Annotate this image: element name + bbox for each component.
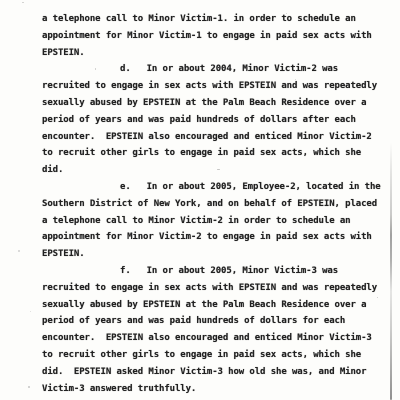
document-line: encounter. EPSTEIN also encouraged and e… xyxy=(42,129,394,146)
document-line: did. EPSTEIN asked Minor Victim-3 how ol… xyxy=(42,364,394,381)
scan-speck xyxy=(30,311,31,312)
document-line: appointment for Minor Victim-1 to engage… xyxy=(42,28,394,45)
document-line: EPSTEIN. xyxy=(42,246,394,263)
scan-speck xyxy=(22,2,24,3)
scan-speck xyxy=(95,68,96,70)
scan-speck xyxy=(325,271,327,272)
document-line: a telephone call to Minor Victim-1. in o… xyxy=(42,11,394,28)
document-line: sexually abused by EPSTEIN at the Palm B… xyxy=(42,297,394,314)
document-line: f. In or about 2005, Minor Victim-3 was xyxy=(42,263,394,280)
document-line: e. In or about 2005, Employee-2, located… xyxy=(42,179,394,196)
document-line: EPSTEIN. xyxy=(42,45,394,62)
scan-speck xyxy=(28,386,30,388)
document-line: a telephone call to Minor Victim-2 in or… xyxy=(42,213,394,230)
document-line: to recruit other girls to engage in paid… xyxy=(42,347,394,364)
document-line: to recruit other girls to engage in paid… xyxy=(42,145,394,162)
document-line: did. xyxy=(42,162,394,179)
document-line: Southern District of New York, and on be… xyxy=(42,196,394,213)
document-line: period of years and was paid hundreds of… xyxy=(42,112,394,129)
scanned-document-page: a telephone call to Minor Victim-1. in o… xyxy=(0,0,400,400)
document-line: recruited to engage in sex acts with EPS… xyxy=(42,78,394,95)
scan-artifact-vertical-line xyxy=(390,142,392,400)
scan-speck xyxy=(217,169,220,170)
document-line: Victim-3 answered truthfully. xyxy=(42,381,394,398)
scan-speck xyxy=(286,13,287,14)
document-line: sexually abused by EPSTEIN at the Palm B… xyxy=(42,95,394,112)
document-line: period of years and was paid hundreds of… xyxy=(42,313,394,330)
document-line: appointment for Minor Victim-2 to engage… xyxy=(42,229,394,246)
document-line: encounter. EPSTEIN also encouraged and e… xyxy=(42,330,394,347)
scan-speck xyxy=(295,79,296,80)
document-line: recruited to engage in sex acts with EPS… xyxy=(42,280,394,297)
scan-speck xyxy=(377,297,378,298)
scan-speck xyxy=(18,250,20,252)
